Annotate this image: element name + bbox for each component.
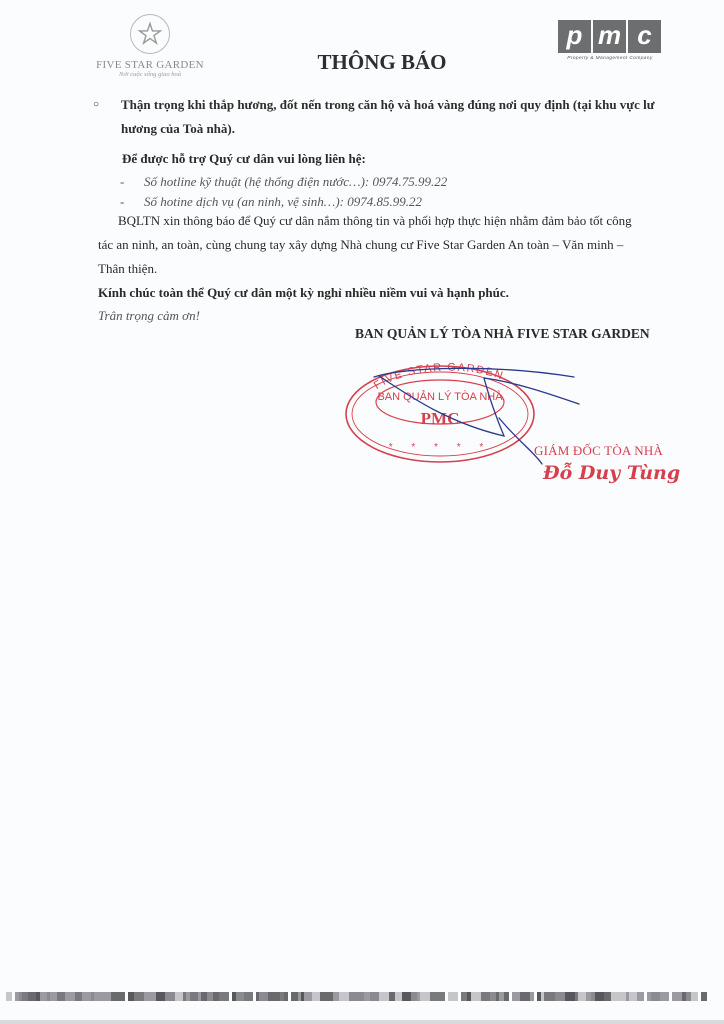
pmc-letter: m: [593, 20, 626, 53]
pmc-logo: p m c Property & Management Company: [558, 20, 662, 61]
thanks-text: Trân trọng cảm ơn!: [98, 304, 200, 328]
paragraph-line-3: Thân thiện.: [98, 257, 682, 281]
contact-text: Số hotine dịch vụ (an ninh, vệ sinh…): 0…: [144, 194, 422, 209]
pmc-letter: c: [628, 20, 661, 53]
notice-bullet: ○ Thận trọng khi thắp hương, đốt nến tro…: [93, 93, 683, 141]
stamp-stars: * * * * *: [389, 442, 492, 453]
director-title: GIÁM ĐỐC TÒA NHÀ: [534, 443, 663, 459]
contact-heading: Để được hỗ trợ Quý cư dân vui lòng liên …: [122, 147, 366, 171]
paragraph-line-1: BQLTN xin thông báo để Quý cư dân nắm th…: [98, 209, 682, 233]
pmc-letter: p: [558, 20, 591, 53]
director-name: Đỗ Duy Tùng: [543, 462, 680, 484]
star-in-circle-icon: ★: [130, 14, 170, 54]
barcode-strip-icon: [6, 992, 716, 1001]
bullet-line-1: Thận trọng khi thắp hương, đốt nến trong…: [121, 93, 683, 117]
wish-text: Kính chúc toàn thể Quý cư dân một kỳ ngh…: [98, 281, 509, 305]
page-edge: [0, 1020, 724, 1024]
pmc-subtitle: Property & Management Company: [558, 56, 662, 61]
contact-text: Số hotline kỹ thuật (hệ thống điện nước……: [144, 174, 447, 189]
paragraph-line-2: tác an ninh, an toàn, cùng chung tay xây…: [98, 233, 682, 257]
stamp-line-1: BAN QUẢN LÝ TÒA NHÀ: [377, 390, 503, 403]
signing-organization: BAN QUẢN LÝ TÒA NHÀ FIVE STAR GARDEN: [355, 322, 650, 346]
hollow-circle-bullet-icon: ○: [93, 93, 99, 117]
bullet-line-2: hương của Toà nhà).: [121, 117, 683, 141]
